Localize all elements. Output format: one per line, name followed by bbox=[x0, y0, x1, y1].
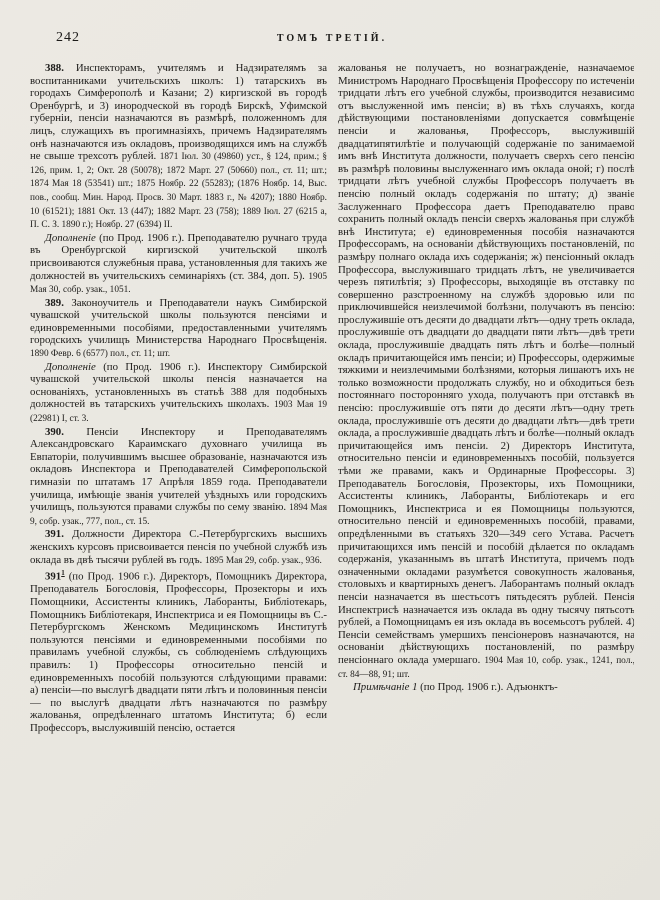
paragraph: 389. Законоучитель и Преподаватели наукъ… bbox=[30, 297, 327, 361]
paragraph: 391. Должности Директора С.-Петербургски… bbox=[30, 528, 327, 567]
text-run: 391 bbox=[45, 571, 61, 583]
column-left: 388. Инспекторамъ, учителямъ и Надзирате… bbox=[30, 62, 327, 898]
paragraph: 390. Пенсіи Инспектору и Преподавателямъ… bbox=[30, 426, 327, 529]
paragraph: жалованья не получаетъ, но вознаграждені… bbox=[338, 62, 634, 681]
text-run: Дополненіе bbox=[45, 232, 96, 244]
text-run: 1890 Февр. 6 (6577) пол., ст. 11; шт. bbox=[30, 349, 170, 359]
text-run: Законоучитель и Преподаватели наукъ Симб… bbox=[30, 297, 327, 347]
paragraph: 388. Инспекторамъ, учителямъ и Надзирате… bbox=[30, 62, 327, 232]
text-run: (по Прод. 1906 г.). Адъюнктъ- bbox=[417, 681, 557, 693]
column-right: жалованья не получаетъ, но вознаграждені… bbox=[338, 62, 634, 898]
text-run: Пенсіи Инспектору и Преподавателямъ Алек… bbox=[30, 426, 327, 514]
paragraph: Примѣчаніе 1 (по Прод. 1906 г.). Адъюнкт… bbox=[338, 681, 634, 694]
text-run: Примѣчаніе 1 bbox=[353, 681, 417, 693]
paragraph: Дополненіе (по Прод. 1906 г.). Преподава… bbox=[30, 232, 327, 297]
text-run: 1895 Мая 29, собр. узак., 936. bbox=[205, 556, 322, 566]
page-header: 242 ТОМЪ ТРЕТІЙ. bbox=[30, 30, 634, 54]
text-run: 391. bbox=[45, 528, 64, 540]
running-title: ТОМЪ ТРЕТІЙ. bbox=[30, 33, 634, 44]
paragraph: Дополненіе (по Прод. 1906 г.). Инспектор… bbox=[30, 361, 327, 426]
text-run: Дополненіе bbox=[45, 361, 96, 373]
text-run: Инспекторамъ, учителямъ и Надзирателямъ … bbox=[30, 62, 327, 162]
text-run: жалованья не получаетъ, но вознаграждені… bbox=[338, 62, 634, 666]
text-columns: 388. Инспекторамъ, учителямъ и Надзирате… bbox=[30, 62, 634, 898]
text-run: 388. bbox=[45, 62, 64, 74]
document-page: 242 ТОМЪ ТРЕТІЙ. 388. Инспекторамъ, учит… bbox=[0, 0, 660, 900]
text-run: 389. bbox=[45, 297, 64, 309]
text-run: 390. bbox=[45, 426, 64, 438]
text-run: 1871 Іюл. 30 (49860) уст., § 124, прим.;… bbox=[30, 152, 327, 230]
text-run: (по Прод. 1906 г.). Директоръ, Помощникъ… bbox=[30, 571, 327, 734]
paragraph: 3911 (по Прод. 1906 г.). Директоръ, Помо… bbox=[30, 567, 327, 734]
